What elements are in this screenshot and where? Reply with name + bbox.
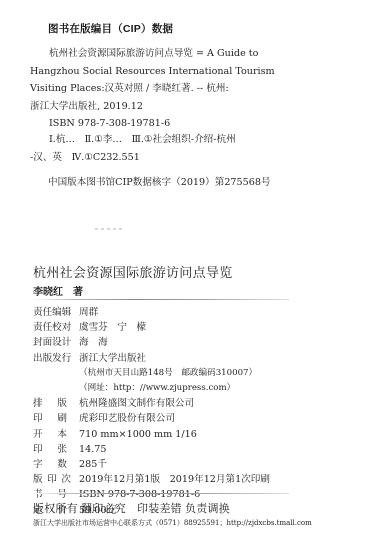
spec-value: 杭州隆盛图文制作有限公司 [79,396,194,411]
cip-record: 杭州社会资源国际旅游访问点导览 = A Guide to Hangzhou So… [30,45,270,133]
classification-line-2: -汉、英 Ⅳ.①C232.551 [30,149,236,167]
credit-value: 虞雪芬 宁 檬 [79,320,146,335]
cip-line-english-title: Hangzhou Social Resources International … [30,63,270,81]
divider-bottom [33,493,289,494]
cip-line-publisher-date: 浙江大学出版社, 2019.12 [30,98,270,116]
spec-row-printing: 印刷 虎彩印艺股份有限公司 [33,411,270,426]
credit-key: 封面设计 [33,335,79,350]
publisher-website-row: （网址：http：//www.zjupress.com） [33,381,270,396]
spec-value: 虎彩印艺股份有限公司 [79,411,175,426]
credit-row-cover-design: 封面设计 海 海 [33,335,270,350]
divider-top [33,299,289,300]
publisher-address-row: （杭州市天目山路148号 邮政编码310007） [33,366,270,381]
credit-value: 周群 [79,305,98,320]
credit-key: 责任编辑 [33,305,79,320]
cip-verification-number: 中国版本图书馆CIP数据核字（2019）第275568号 [48,174,271,188]
classification-line-1: Ⅰ.杭… Ⅱ.①李… Ⅲ.①社会组织-介绍-杭州 [30,131,236,149]
spec-value: 2019年12月第1版 2019年12月第1次印刷 [79,472,270,487]
spec-row-word-count: 字数 285千 [33,457,270,472]
credit-value: 浙江大学出版社 [79,351,146,366]
spec-key: 版印次 [33,472,71,487]
spec-value: 710 mm×1000 mm 1/16 [79,427,197,442]
publisher-website: （网址：http：//www.zjupress.com） [79,381,235,396]
spec-value: 285千 [79,457,107,472]
spec-row-typesetting: 排版 杭州隆盛图文制作有限公司 [33,396,270,411]
spec-key: 印刷 [33,411,67,426]
publisher-contact: 浙江大学出版社市场运营中心联系方式（0571）88925591；http://z… [33,518,312,528]
spec-row-sheets: 印张 14.75 [33,442,270,457]
credit-row-proofreader: 责任校对 虞雪芬 宁 檬 [33,320,270,335]
credit-key: 责任校对 [33,320,79,335]
credit-key: 出版发行 [33,351,79,366]
cip-line-isbn: ISBN 978-7-308-19781-6 [30,115,270,133]
spec-row-format: 开本 710 mm×1000 mm 1/16 [33,427,270,442]
cip-classification: Ⅰ.杭… Ⅱ.①李… Ⅲ.①社会组织-介绍-杭州 -汉、英 Ⅳ.①C232.55… [30,131,236,166]
cip-heading: 图书在版编目（CIP）数据 [48,21,173,36]
cip-line-subtitle-author: Visiting Places:汉英对照 / 李晓红著. -- 杭州: [30,80,270,98]
spec-key: 印张 [33,442,67,457]
credit-row-editor: 责任编辑 周群 [33,305,270,320]
book-title: 杭州社会资源国际旅游访问点导览 [33,262,233,281]
colophon: 责任编辑 周群 责任校对 虞雪芬 宁 檬 封面设计 海 海 出版发行 浙江大学出… [33,305,270,518]
copyright-notice: 版权所有 翻印必究 印装差错 负责调换 [33,500,230,516]
book-author: 李晓红 著 [33,283,83,298]
scan-artifact [95,228,125,230]
spec-row-edition: 版印次 2019年12月第1版 2019年12月第1次印刷 [33,472,270,487]
publisher-address: （杭州市天目山路148号 邮政编码310007） [79,366,257,381]
cip-line-title: 杭州社会资源国际旅游访问点导览 = A Guide to [30,45,270,63]
spec-key: 排版 [33,396,67,411]
spec-key: 字数 [33,457,67,472]
spec-value: 14.75 [79,442,106,457]
spec-key: 开本 [33,427,67,442]
credit-value: 海 海 [79,335,108,350]
credit-row-publisher: 出版发行 浙江大学出版社 [33,351,270,366]
